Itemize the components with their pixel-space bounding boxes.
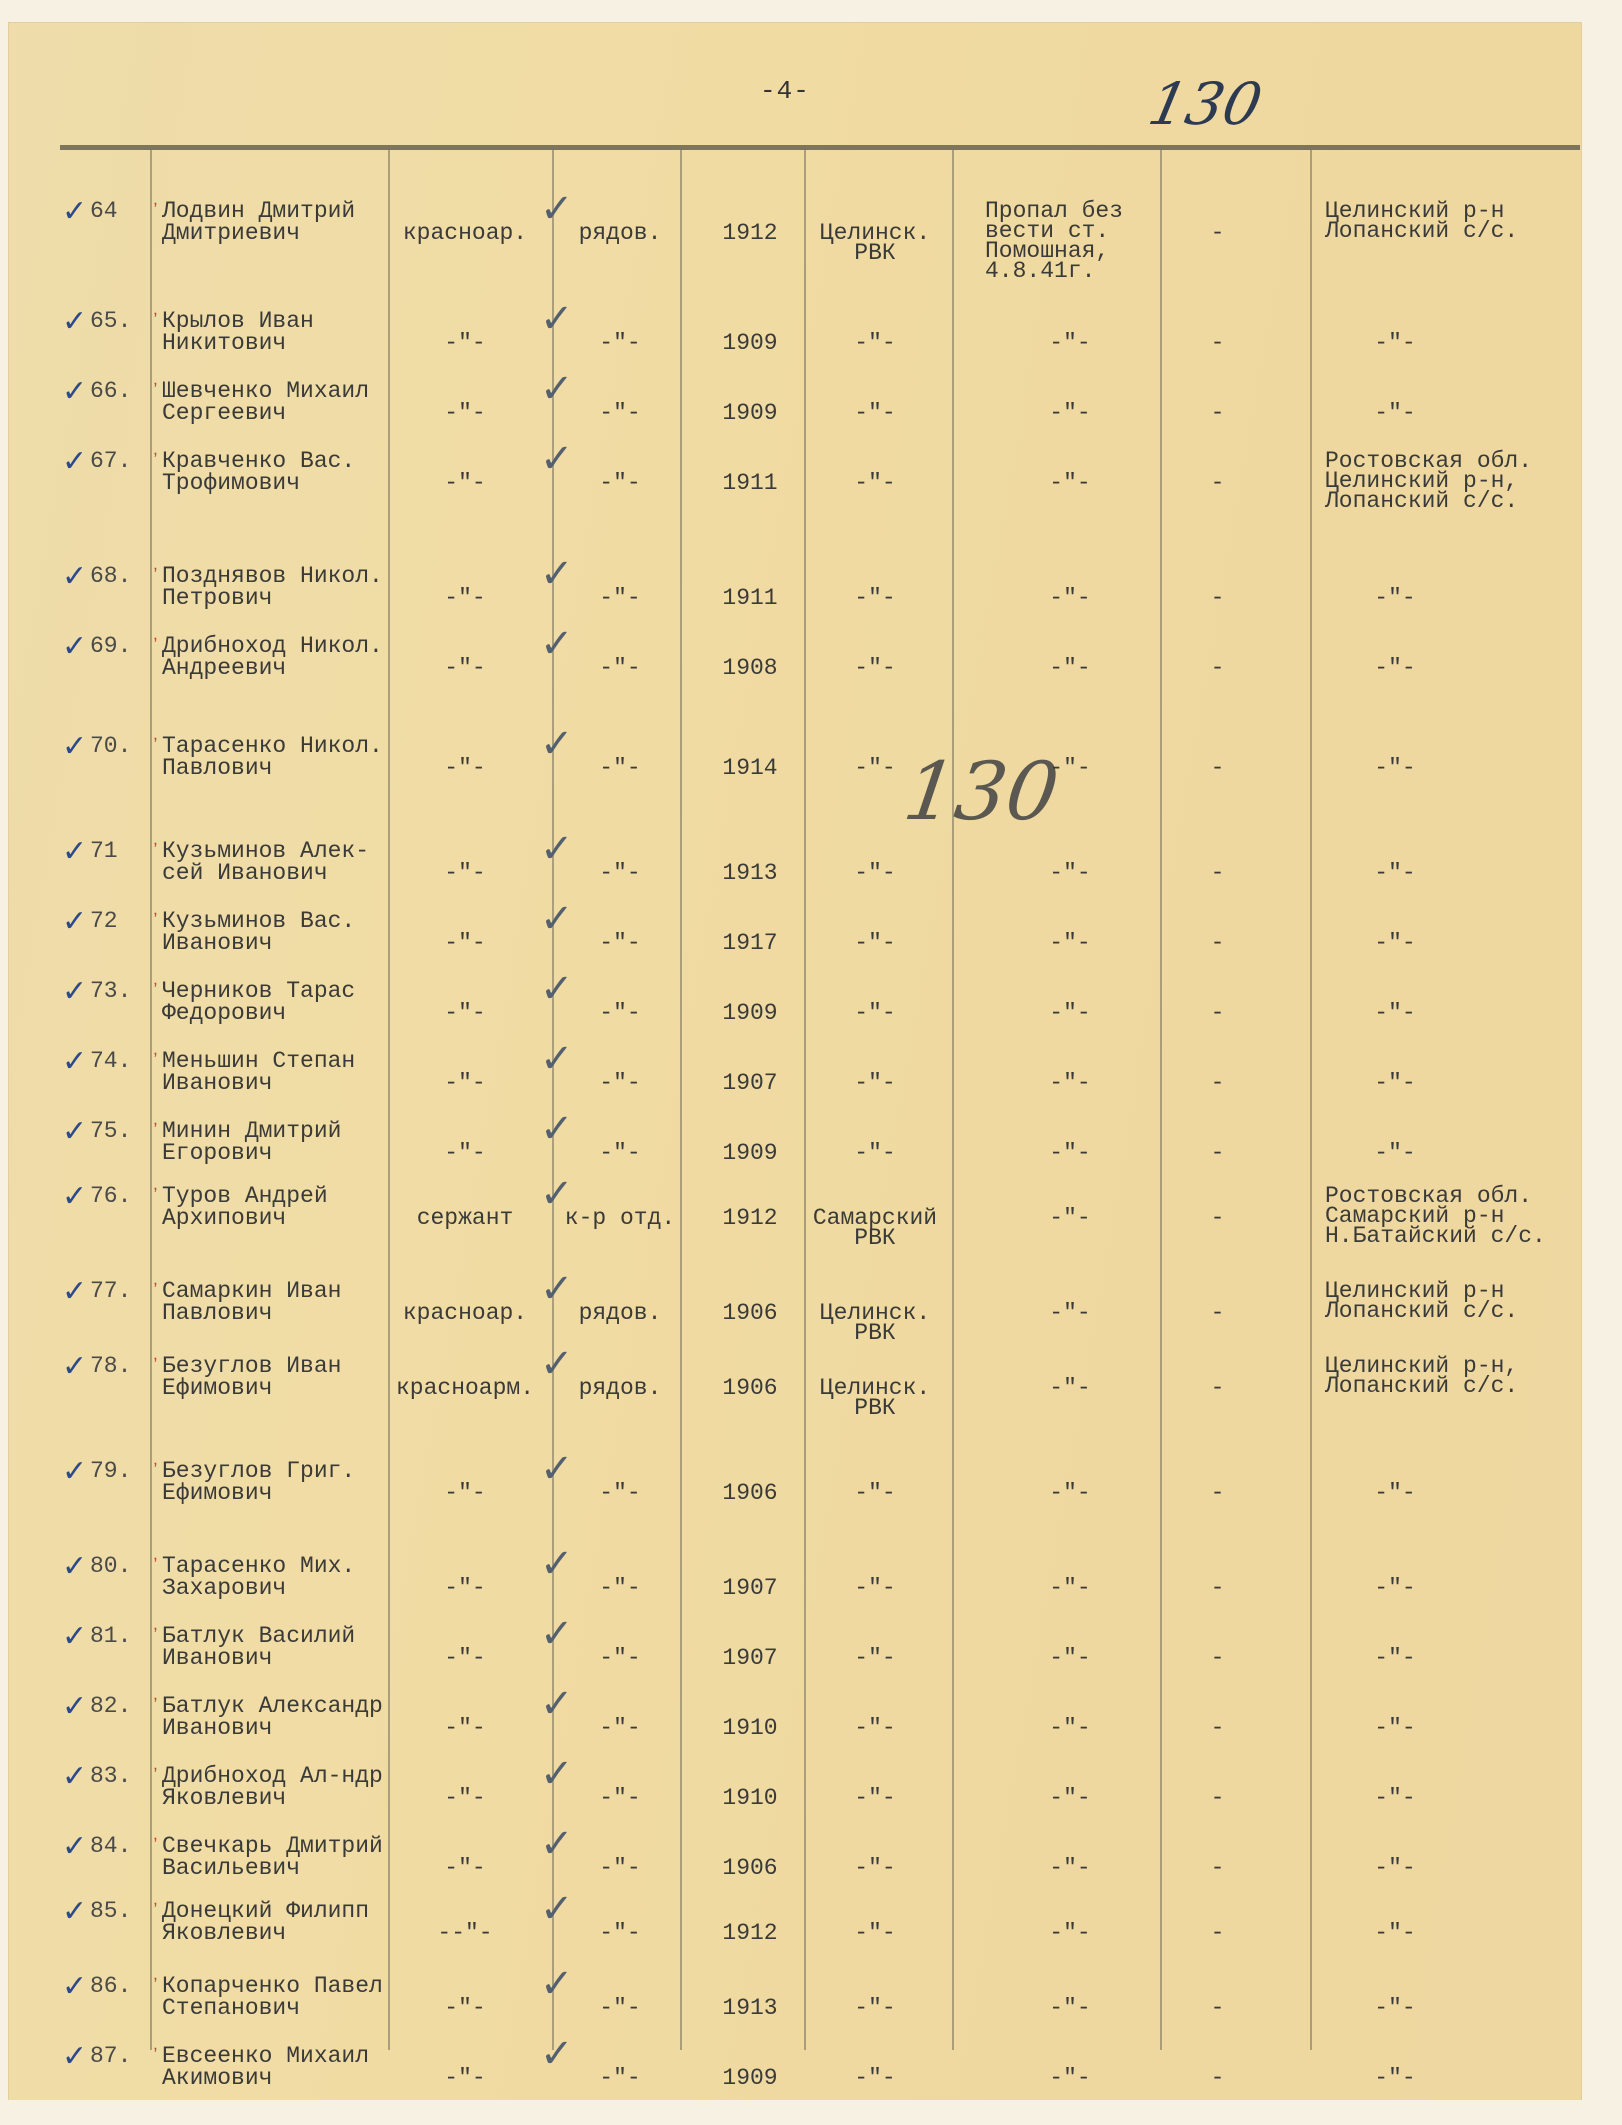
position: рядов. bbox=[560, 1377, 680, 1399]
rank: -"- bbox=[390, 1717, 540, 1739]
dash-value: - bbox=[1180, 1787, 1255, 1809]
birth-year: 1913 bbox=[705, 1997, 795, 2019]
red-tick-icon: ʼ bbox=[150, 2047, 161, 2067]
position: -"- bbox=[560, 1922, 680, 1944]
dash-value: - bbox=[1180, 1142, 1255, 1164]
circumstance: -"- bbox=[985, 1377, 1155, 1399]
red-tick-icon: ʼ bbox=[150, 1697, 161, 1717]
circumstance: -"- bbox=[985, 932, 1155, 954]
position: -"- bbox=[560, 1002, 680, 1024]
dash-value: - bbox=[1180, 1922, 1255, 1944]
dash-value: - bbox=[1180, 757, 1255, 779]
circumstance: -"- bbox=[985, 1717, 1155, 1739]
dash-value: - bbox=[1180, 657, 1255, 679]
draft-office: -"- bbox=[800, 757, 950, 779]
dash-value: - bbox=[1180, 332, 1255, 354]
home-address: Лопанский с/с. bbox=[1325, 1375, 1518, 1397]
red-tick-icon: ʼ bbox=[150, 982, 161, 1002]
row-number: 84. bbox=[90, 1835, 131, 1857]
birth-year: 1906 bbox=[705, 1482, 795, 1504]
soldier-name: Сергеевич bbox=[162, 402, 286, 424]
dash-value: - bbox=[1180, 2067, 1255, 2089]
draft-office: -"- bbox=[800, 1647, 950, 1669]
circumstance: -"- bbox=[985, 402, 1155, 424]
circumstance: -"- bbox=[985, 1072, 1155, 1094]
home-address: -"- bbox=[1325, 1922, 1465, 1944]
position: -"- bbox=[560, 332, 680, 354]
position: -"- bbox=[560, 587, 680, 609]
rank: -"- bbox=[390, 2067, 540, 2089]
birth-year: 1908 bbox=[705, 657, 795, 679]
dash-value: - bbox=[1180, 402, 1255, 424]
soldier-name: Лодвин Дмитрий bbox=[162, 200, 355, 222]
position: -"- bbox=[560, 862, 680, 884]
soldier-name: Иванович bbox=[162, 1717, 272, 1739]
row-number: 83. bbox=[90, 1765, 131, 1787]
home-address: Лопанский с/с. bbox=[1325, 490, 1518, 512]
soldier-name: Дмитриевич bbox=[162, 222, 300, 244]
red-tick-icon: ʼ bbox=[150, 912, 161, 932]
dash-value: - bbox=[1180, 1072, 1255, 1094]
soldier-name: Кузьминов Вас. bbox=[162, 910, 355, 932]
rank: -"- bbox=[390, 1857, 540, 1879]
soldier-name: Кравченко Вас. bbox=[162, 450, 355, 472]
birth-year: 1912 bbox=[705, 1922, 795, 1944]
circumstance: -"- bbox=[985, 472, 1155, 494]
birth-year: 1907 bbox=[705, 1072, 795, 1094]
soldier-name: Крылов Иван bbox=[162, 310, 314, 332]
circumstance: -"- bbox=[985, 2067, 1155, 2089]
draft-office: -"- bbox=[800, 657, 950, 679]
home-address: Н.Батайский с/с. bbox=[1325, 1225, 1546, 1247]
soldier-name: Трофимович bbox=[162, 472, 300, 494]
row-number: 67. bbox=[90, 450, 131, 472]
rank: -"- bbox=[390, 757, 540, 779]
birth-year: 1909 bbox=[705, 1142, 795, 1164]
soldier-name: Тарасенко Мих. bbox=[162, 1555, 355, 1577]
home-address: -"- bbox=[1325, 1142, 1465, 1164]
dash-value: - bbox=[1180, 1207, 1255, 1229]
position: -"- bbox=[560, 1997, 680, 2019]
birth-year: 1909 bbox=[705, 332, 795, 354]
draft-office: -"- bbox=[800, 1002, 950, 1024]
draft-office: -"- bbox=[800, 332, 950, 354]
check-mark-icon: ✓ bbox=[62, 1549, 87, 1584]
soldier-name: Шевченко Михаил bbox=[162, 380, 369, 402]
birth-year: 1909 bbox=[705, 1002, 795, 1024]
check-mark-icon: ✓ bbox=[62, 1044, 87, 1079]
soldier-name: Черников Тарас bbox=[162, 980, 355, 1002]
position: -"- bbox=[560, 1577, 680, 1599]
dash-value: - bbox=[1180, 1302, 1255, 1324]
soldier-name: Егорович bbox=[162, 1142, 272, 1164]
circumstance: -"- bbox=[985, 1577, 1155, 1599]
red-tick-icon: ʼ bbox=[150, 1557, 161, 1577]
row-number: 86. bbox=[90, 1975, 131, 1997]
rank: -"- bbox=[390, 1647, 540, 1669]
birth-year: 1912 bbox=[705, 1207, 795, 1229]
soldier-name: Безуглов Григ. bbox=[162, 1460, 355, 1482]
check-mark-icon: ✓ bbox=[62, 2039, 87, 2074]
soldier-name: Меньшин Степан bbox=[162, 1050, 355, 1072]
rank: -"- bbox=[390, 1997, 540, 2019]
check-mark-icon: ✓ bbox=[62, 194, 87, 229]
soldier-name: Ефимович bbox=[162, 1377, 272, 1399]
check-mark-icon: ✓ bbox=[62, 1274, 87, 1309]
check-mark-icon: ✓ bbox=[62, 834, 87, 869]
dash-value: - bbox=[1180, 1857, 1255, 1879]
soldier-name: Безуглов Иван bbox=[162, 1355, 341, 1377]
rank: -"- bbox=[390, 862, 540, 884]
circumstance: -"- bbox=[985, 1857, 1155, 1879]
check-mark-icon: ✓ bbox=[62, 1179, 87, 1214]
red-tick-icon: ʼ bbox=[150, 202, 161, 222]
row-number: 76. bbox=[90, 1185, 131, 1207]
soldier-name: Федорович bbox=[162, 1002, 286, 1024]
draft-office: -"- bbox=[800, 862, 950, 884]
soldier-name: Дрибноход Никол. bbox=[162, 635, 383, 657]
red-tick-icon: ʼ bbox=[150, 1977, 161, 1997]
circumstance: -"- bbox=[985, 1997, 1155, 2019]
soldier-name: Акимович bbox=[162, 2067, 272, 2089]
soldier-name: Васильевич bbox=[162, 1857, 300, 1879]
rank: красноар. bbox=[390, 1302, 540, 1324]
dash-value: - bbox=[1180, 587, 1255, 609]
birth-year: 1910 bbox=[705, 1717, 795, 1739]
soldier-name: Яковлевич bbox=[162, 1787, 286, 1809]
soldier-name: Иванович bbox=[162, 1072, 272, 1094]
check-mark-icon: ✓ bbox=[62, 1894, 87, 1929]
position: -"- bbox=[560, 657, 680, 679]
row-number: 77. bbox=[90, 1280, 131, 1302]
birth-year: 1906 bbox=[705, 1302, 795, 1324]
sheet-number-stamp: 130 bbox=[1143, 70, 1268, 138]
check-mark-icon: ✓ bbox=[62, 374, 87, 409]
draft-office: РВК bbox=[800, 1227, 950, 1249]
red-tick-icon: ʼ bbox=[150, 1052, 161, 1072]
soldier-name: Иванович bbox=[162, 1647, 272, 1669]
column-divider bbox=[1310, 150, 1312, 2050]
red-tick-icon: ʼ bbox=[150, 1627, 161, 1647]
circumstance: -"- bbox=[985, 757, 1155, 779]
column-divider bbox=[952, 150, 954, 2050]
birth-year: 1909 bbox=[705, 402, 795, 424]
position: -"- bbox=[560, 402, 680, 424]
position: -"- bbox=[560, 1072, 680, 1094]
page-number: -4- bbox=[760, 76, 810, 106]
check-mark-icon: ✓ bbox=[62, 1454, 87, 1489]
home-address: -"- bbox=[1325, 1072, 1465, 1094]
position: -"- bbox=[560, 1787, 680, 1809]
draft-office: -"- bbox=[800, 1997, 950, 2019]
home-address: -"- bbox=[1325, 402, 1465, 424]
soldier-name: Свечкарь Дмитрий bbox=[162, 1835, 383, 1857]
draft-office: -"- bbox=[800, 472, 950, 494]
check-mark-icon: ✓ bbox=[62, 1969, 87, 2004]
circumstance: -"- bbox=[985, 862, 1155, 884]
soldier-name: Донецкий Филипп bbox=[162, 1900, 369, 1922]
red-tick-icon: ʼ bbox=[150, 1282, 161, 1302]
row-number: 70. bbox=[90, 735, 131, 757]
home-address: -"- bbox=[1325, 1577, 1465, 1599]
rank: -"- bbox=[390, 1577, 540, 1599]
soldier-name: Павлович bbox=[162, 1302, 272, 1324]
position: -"- bbox=[560, 1857, 680, 1879]
check-mark-icon: ✓ bbox=[62, 1619, 87, 1654]
red-tick-icon: ʼ bbox=[150, 1767, 161, 1787]
circumstance: -"- bbox=[985, 1207, 1155, 1229]
row-number: 79. bbox=[90, 1460, 131, 1482]
check-mark-icon: ✓ bbox=[62, 444, 87, 479]
draft-office: -"- bbox=[800, 1857, 950, 1879]
dash-value: - bbox=[1180, 472, 1255, 494]
soldier-name: Батлук Василий bbox=[162, 1625, 355, 1647]
soldier-name: Степанович bbox=[162, 1997, 300, 2019]
birth-year: 1907 bbox=[705, 1647, 795, 1669]
soldier-name: Самаркин Иван bbox=[162, 1280, 341, 1302]
rank: -"- bbox=[390, 1002, 540, 1024]
row-number: 71 bbox=[90, 840, 118, 862]
dash-value: - bbox=[1180, 1577, 1255, 1599]
soldier-name: Позднявов Никол. bbox=[162, 565, 383, 587]
home-address: Лопанский с/с. bbox=[1325, 1300, 1518, 1322]
row-number: 78. bbox=[90, 1355, 131, 1377]
rank: -"- bbox=[390, 332, 540, 354]
row-number: 72 bbox=[90, 910, 118, 932]
check-mark-icon: ✓ bbox=[62, 904, 87, 939]
rank: -"- bbox=[390, 657, 540, 679]
row-number: 81. bbox=[90, 1625, 131, 1647]
row-number: 66. bbox=[90, 380, 131, 402]
home-address: -"- bbox=[1325, 1787, 1465, 1809]
red-tick-icon: ʼ bbox=[150, 382, 161, 402]
draft-office: РВК bbox=[800, 1397, 950, 1419]
position: -"- bbox=[560, 757, 680, 779]
soldier-name: Батлук Александр bbox=[162, 1695, 383, 1717]
soldier-name: Андреевич bbox=[162, 657, 286, 679]
dash-value: - bbox=[1180, 1647, 1255, 1669]
check-mark-icon: ✓ bbox=[62, 1829, 87, 1864]
column-divider bbox=[804, 150, 806, 2050]
birth-year: 1913 bbox=[705, 862, 795, 884]
rank: -"- bbox=[390, 587, 540, 609]
red-tick-icon: ʼ bbox=[150, 1187, 161, 1207]
column-divider bbox=[1160, 150, 1162, 2050]
row-number: 73. bbox=[90, 980, 131, 1002]
red-tick-icon: ʼ bbox=[150, 1122, 161, 1142]
soldier-name: Яковлевич bbox=[162, 1922, 286, 1944]
position: к-р отд. bbox=[560, 1207, 680, 1229]
check-mark-icon: ✓ bbox=[62, 304, 87, 339]
soldier-name: Тарасенко Никол. bbox=[162, 735, 383, 757]
birth-year: 1906 bbox=[705, 1857, 795, 1879]
birth-year: 1907 bbox=[705, 1577, 795, 1599]
home-address: -"- bbox=[1325, 1857, 1465, 1879]
red-tick-icon: ʼ bbox=[150, 1357, 161, 1377]
draft-office: -"- bbox=[800, 402, 950, 424]
red-tick-icon: ʼ bbox=[150, 567, 161, 587]
home-address: Лопанский с/с. bbox=[1325, 220, 1518, 242]
position: -"- bbox=[560, 2067, 680, 2089]
soldier-name: сей Иванович bbox=[162, 862, 328, 884]
dash-value: - bbox=[1180, 222, 1255, 244]
draft-office: -"- bbox=[800, 1922, 950, 1944]
home-address: -"- bbox=[1325, 587, 1465, 609]
circumstance: -"- bbox=[985, 1302, 1155, 1324]
circumstance: -"- bbox=[985, 1647, 1155, 1669]
circumstance: -"- bbox=[985, 332, 1155, 354]
draft-office: -"- bbox=[800, 1577, 950, 1599]
check-mark-icon: ✓ bbox=[62, 629, 87, 664]
soldier-name: Захарович bbox=[162, 1577, 286, 1599]
check-mark-icon: ✓ bbox=[62, 729, 87, 764]
dash-value: - bbox=[1180, 862, 1255, 884]
circumstance: -"- bbox=[985, 1002, 1155, 1024]
red-tick-icon: ʼ bbox=[150, 1902, 161, 1922]
dash-value: - bbox=[1180, 1997, 1255, 2019]
soldier-name: Кузьминов Алек- bbox=[162, 840, 369, 862]
row-number: 65. bbox=[90, 310, 131, 332]
row-number: 75. bbox=[90, 1120, 131, 1142]
draft-office: -"- bbox=[800, 1142, 950, 1164]
red-tick-icon: ʼ bbox=[150, 637, 161, 657]
home-address: -"- bbox=[1325, 2067, 1465, 2089]
circumstance: 4.8.41г. bbox=[985, 260, 1155, 282]
rank: -"- bbox=[390, 1482, 540, 1504]
birth-year: 1912 bbox=[705, 222, 795, 244]
birth-year: 1909 bbox=[705, 2067, 795, 2089]
birth-year: 1914 bbox=[705, 757, 795, 779]
home-address: -"- bbox=[1325, 657, 1465, 679]
position: -"- bbox=[560, 1142, 680, 1164]
rank: красноарм. bbox=[390, 1377, 540, 1399]
home-address: -"- bbox=[1325, 862, 1465, 884]
rank: красноар. bbox=[390, 222, 540, 244]
rank: -"- bbox=[390, 472, 540, 494]
birth-year: 1917 bbox=[705, 932, 795, 954]
red-tick-icon: ʼ bbox=[150, 842, 161, 862]
check-mark-icon: ✓ bbox=[62, 559, 87, 594]
home-address: -"- bbox=[1325, 1482, 1465, 1504]
home-address: -"- bbox=[1325, 1717, 1465, 1739]
check-mark-icon: ✓ bbox=[62, 974, 87, 1009]
position: -"- bbox=[560, 1482, 680, 1504]
row-number: 68. bbox=[90, 565, 131, 587]
row-number: 64 bbox=[90, 200, 118, 222]
position: -"- bbox=[560, 932, 680, 954]
dash-value: - bbox=[1180, 1482, 1255, 1504]
soldier-name: Петрович bbox=[162, 587, 272, 609]
draft-office: -"- bbox=[800, 1482, 950, 1504]
rank: -"- bbox=[390, 1072, 540, 1094]
soldier-name: Минин Дмитрий bbox=[162, 1120, 341, 1142]
draft-office: -"- bbox=[800, 1072, 950, 1094]
draft-office: РВК bbox=[800, 242, 950, 264]
position: -"- bbox=[560, 472, 680, 494]
rank: --"- bbox=[390, 1922, 540, 1944]
row-number: 87. bbox=[90, 2045, 131, 2067]
birth-year: 1911 bbox=[705, 472, 795, 494]
circumstance: -"- bbox=[985, 1787, 1155, 1809]
row-number: 82. bbox=[90, 1695, 131, 1717]
check-mark-icon: ✓ bbox=[62, 1349, 87, 1384]
home-address: -"- bbox=[1325, 932, 1465, 954]
rank: -"- bbox=[390, 1142, 540, 1164]
soldier-name: Копарченко Павел bbox=[162, 1975, 383, 1997]
dash-value: - bbox=[1180, 1377, 1255, 1399]
check-mark-icon: ✓ bbox=[62, 1114, 87, 1149]
birth-year: 1910 bbox=[705, 1787, 795, 1809]
birth-year: 1911 bbox=[705, 587, 795, 609]
rank: -"- bbox=[390, 1787, 540, 1809]
page-bottom-edge bbox=[0, 2100, 1622, 2125]
circumstance: -"- bbox=[985, 657, 1155, 679]
rank: сержант bbox=[390, 1207, 540, 1229]
column-divider bbox=[388, 150, 390, 2050]
draft-office: РВК bbox=[800, 1322, 950, 1344]
soldier-name: Павлович bbox=[162, 757, 272, 779]
draft-office: -"- bbox=[800, 2067, 950, 2089]
soldier-name: Иванович bbox=[162, 932, 272, 954]
column-divider bbox=[680, 150, 682, 2050]
red-tick-icon: ʼ bbox=[150, 1837, 161, 1857]
position: -"- bbox=[560, 1717, 680, 1739]
rank: -"- bbox=[390, 932, 540, 954]
row-number: 74. bbox=[90, 1050, 131, 1072]
header-rule bbox=[60, 145, 1580, 150]
rank: -"- bbox=[390, 402, 540, 424]
position: рядов. bbox=[560, 222, 680, 244]
dash-value: - bbox=[1180, 1717, 1255, 1739]
row-number: 69. bbox=[90, 635, 131, 657]
home-address: -"- bbox=[1325, 757, 1465, 779]
soldier-name: Никитович bbox=[162, 332, 286, 354]
row-number: 85. bbox=[90, 1900, 131, 1922]
soldier-name: Архипович bbox=[162, 1207, 286, 1229]
circumstance: -"- bbox=[985, 1142, 1155, 1164]
home-address: -"- bbox=[1325, 1997, 1465, 2019]
red-tick-icon: ʼ bbox=[150, 312, 161, 332]
soldier-name: Евсеенко Михаил bbox=[162, 2045, 369, 2067]
circumstance: -"- bbox=[985, 587, 1155, 609]
home-address: -"- bbox=[1325, 332, 1465, 354]
circumstance: -"- bbox=[985, 1922, 1155, 1944]
draft-office: -"- bbox=[800, 1717, 950, 1739]
red-tick-icon: ʼ bbox=[150, 737, 161, 757]
draft-office: -"- bbox=[800, 1787, 950, 1809]
soldier-name: Ефимович bbox=[162, 1482, 272, 1504]
position: рядов. bbox=[560, 1302, 680, 1324]
row-number: 80. bbox=[90, 1555, 131, 1577]
soldier-name: Дрибноход Ал-ндр bbox=[162, 1765, 383, 1787]
soldier-name: Туров Андрей bbox=[162, 1185, 328, 1207]
check-mark-icon: ✓ bbox=[62, 1759, 87, 1794]
column-divider bbox=[150, 150, 152, 2050]
home-address: -"- bbox=[1325, 1002, 1465, 1024]
draft-office: -"- bbox=[800, 932, 950, 954]
check-mark-icon: ✓ bbox=[62, 1689, 87, 1724]
circumstance: -"- bbox=[985, 1482, 1155, 1504]
red-tick-icon: ʼ bbox=[150, 452, 161, 472]
dash-value: - bbox=[1180, 932, 1255, 954]
dash-value: - bbox=[1180, 1002, 1255, 1024]
draft-office: -"- bbox=[800, 587, 950, 609]
position: -"- bbox=[560, 1647, 680, 1669]
home-address: -"- bbox=[1325, 1647, 1465, 1669]
birth-year: 1906 bbox=[705, 1377, 795, 1399]
red-tick-icon: ʼ bbox=[150, 1462, 161, 1482]
